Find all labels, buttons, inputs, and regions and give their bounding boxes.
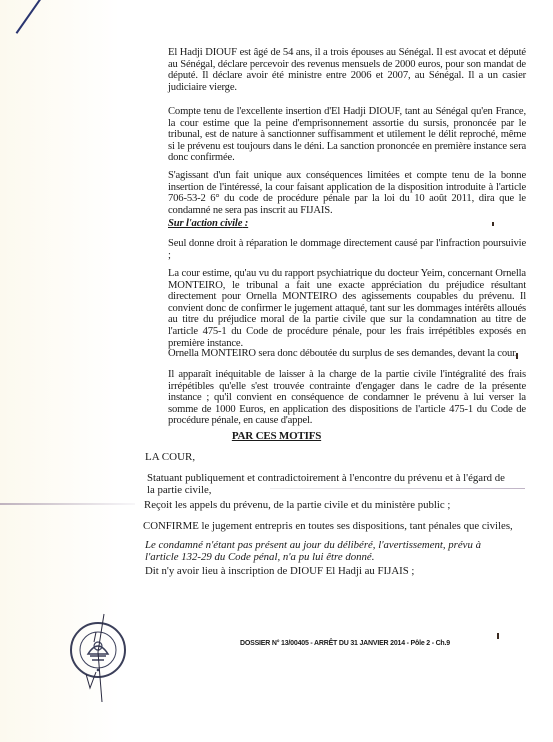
scan-mark <box>497 633 499 639</box>
section-title-civil-action: Sur l'action civile : <box>168 218 526 230</box>
scan-smudge <box>0 503 135 505</box>
dispositif-confirme: CONFIRME le jugement entrepris en toutes… <box>143 521 523 533</box>
dispositif-statuant: Statuant publiquement et contradictoirem… <box>147 473 507 496</box>
dispositif-la-cour: LA COUR, <box>145 452 525 464</box>
footer-case-reference: DOSSIER N° 13/00405 - ARRÊT DU 31 JANVIE… <box>240 640 450 647</box>
dispositif-avertissement: Le condamné n'étant pas présent au jour … <box>145 540 515 563</box>
scan-mark <box>492 222 494 226</box>
dispositif-recoit: Reçoit les appels du prévenu, de la part… <box>144 500 524 512</box>
paragraph-personal-situation: El Hadji DIOUF est âgé de 54 ans, il a t… <box>168 47 526 93</box>
paragraph-damage: Seul donne droit à réparation le dommage… <box>168 238 526 261</box>
paragraph-sanction: Compte tenu de l'excellente insertion d'… <box>168 106 526 164</box>
section-title-colon: : <box>242 218 248 229</box>
paragraph-dismissal: Ornella MONTEIRO sera donc déboutée du s… <box>168 348 518 360</box>
scan-smudge <box>270 488 525 489</box>
dispositif-fijais: Dit n'y avoir lieu à inscription de DIOU… <box>145 566 525 578</box>
paragraph-costs: Il apparaît inéquitable de laisser à la … <box>168 369 526 427</box>
paragraph-fijais: S'agissant d'un fait unique aux conséque… <box>168 170 526 216</box>
scan-mark <box>516 353 518 359</box>
paragraph-psychiatric-report: La cour estime, qu'au vu du rapport psyc… <box>168 268 526 349</box>
section-title-text: Sur l'action civile <box>168 218 242 229</box>
signature-icon <box>70 612 130 712</box>
heading-par-ces-motifs: PAR CES MOTIFS <box>0 430 553 442</box>
